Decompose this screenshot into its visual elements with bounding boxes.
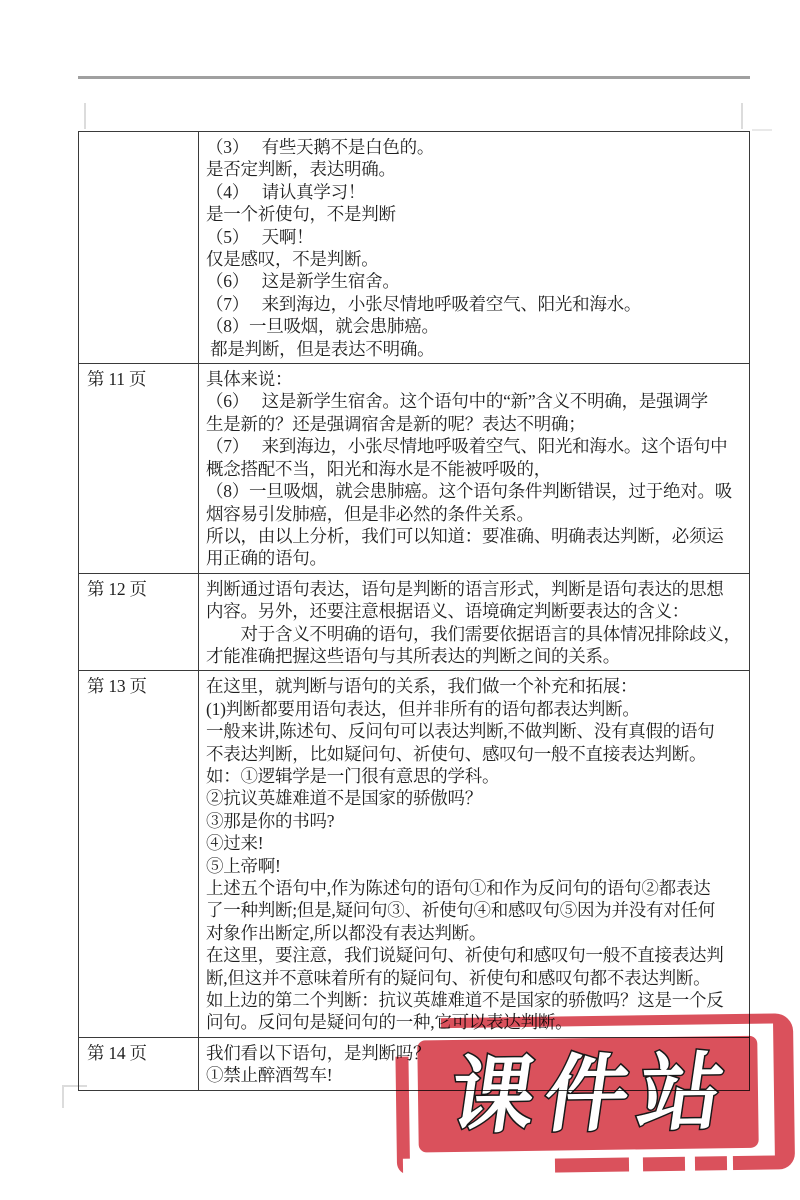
stamp-distress-gap [727,1154,733,1172]
table-row: 第 14 页 我们看以下语句，是判断吗？ ①禁止醉酒驾车! [79,1037,750,1090]
stamp-distress-gap [685,1155,695,1173]
content-cell: 判断通过语句表达，语句是判断的语言形式，判断是语句表达的思想 内容。另外，还要注… [199,573,750,671]
text-boundary-mark-top-right-h [752,129,772,131]
table-row: 第 12 页 判断通过语句表达，语句是判断的语言形式，判断是语句表达的思想 内容… [79,573,750,671]
table-row: 第 13 页 在这里，就判断与语句的关系，我们做一个补充和拓展： (1)判断都要… [79,671,750,1038]
content-cell: 在这里，就判断与语句的关系，我们做一个补充和拓展： (1)判断都要用语句表达，但… [199,671,750,1038]
stamp-distress-gap [629,1155,643,1173]
page-label-cell [79,132,199,364]
content-cell: 具体来说： （6） 这是新学生宿舍。这个语句中的“新”含义不明确，是强调学 生是… [199,364,750,574]
text-boundary-mark-bottom-left-v [62,1085,64,1108]
page-label-cell: 第 12 页 [79,573,199,671]
table-row: （3） 有些天鹅不是白色的。 是否定判断，表达明确。 （4） 请认真学习！ 是一… [79,132,750,364]
content-table: （3） 有些天鹅不是白色的。 是否定判断，表达明确。 （4） 请认真学习！ 是一… [78,131,750,1091]
page-label-cell: 第 11 页 [79,364,199,574]
page-label-cell: 第 14 页 [79,1037,199,1090]
header-rule [78,76,750,79]
stamp-distress-gap [403,1157,555,1177]
text-boundary-mark-top-left [84,103,86,129]
document-page: （3） 有些天鹅不是白色的。 是否定判断，表达明确。 （4） 请认真学习！ 是一… [0,0,800,1200]
content-cell: 我们看以下语句，是判断吗？ ①禁止醉酒驾车! [199,1037,750,1090]
text-boundary-mark-top-right [741,103,743,129]
page-label-cell: 第 13 页 [79,671,199,1038]
table-row: 第 11 页 具体来说： （6） 这是新学生宿舍。这个语句中的“新”含义不明确，… [79,364,750,574]
content-cell: （3） 有些天鹅不是白色的。 是否定判断，表达明确。 （4） 请认真学习！ 是一… [199,132,750,364]
